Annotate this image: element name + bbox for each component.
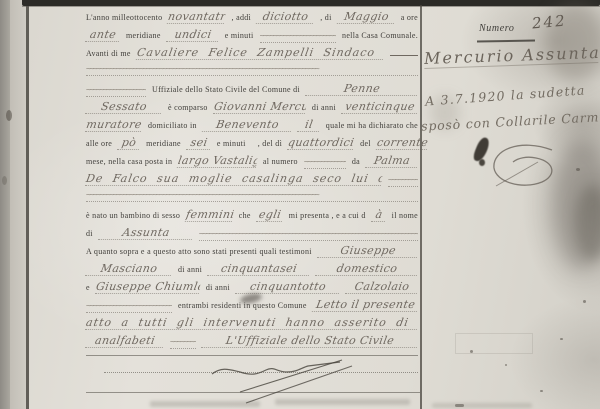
handwritten-entry: Maggio bbox=[336, 10, 396, 24]
printed-form-text: , addì bbox=[232, 13, 252, 22]
handwritten-entry: femminile bbox=[185, 208, 234, 222]
printed-form-text: mi presenta , e a cui d bbox=[289, 211, 366, 220]
act-line: analfabeti~~~~~~~~~~~~~~~~~~~~~~~~~~~~~~… bbox=[86, 334, 418, 352]
printed-form-text: il nome bbox=[392, 211, 418, 220]
numero-underline bbox=[477, 39, 535, 42]
printed-form-text: quale mi ha dichiarato che bbox=[326, 121, 418, 130]
form-rule-line bbox=[86, 355, 418, 356]
book-binding-strip bbox=[0, 0, 10, 409]
printed-form-text: di anni bbox=[178, 265, 202, 274]
handwritten-entry: à bbox=[370, 208, 386, 222]
squiggle-filler: ~~~~~~~~~~~~~~~~~~~~~~~~~~~~~~~~~~~~~~~~… bbox=[86, 190, 418, 202]
handwritten-entry: egli bbox=[256, 208, 284, 222]
bleed-through-text bbox=[432, 403, 532, 408]
speck bbox=[576, 168, 580, 171]
handwritten-entry: sei bbox=[186, 136, 212, 150]
page-edge-line bbox=[26, 2, 29, 409]
printed-form-text: mese, nella casa posta in bbox=[86, 157, 172, 166]
handwritten-entry: Letto il presente bbox=[311, 298, 419, 312]
handwritten-entry: Benevento bbox=[202, 118, 293, 132]
handwritten-entry: L'Uffiziale dello Stato Civile bbox=[201, 334, 419, 348]
margin-column-divider bbox=[420, 5, 422, 409]
printed-form-text: e bbox=[86, 283, 90, 292]
form-rule-line bbox=[86, 392, 420, 393]
squiggle-filler: ~~~~~~~~~~~~~~~~~~~~~~~~~~~~~~~~~~~~~~~~… bbox=[86, 64, 418, 76]
handwritten-entry: Penne bbox=[305, 82, 419, 96]
handwritten-entry: ante bbox=[85, 28, 121, 42]
handwritten-entry: De Falco sua moglie casalinga seco lui c… bbox=[85, 172, 383, 186]
dash-filler bbox=[390, 55, 418, 56]
act-line: ~~~~~~~~~~~~~~~~~~~~~~~~~~~~~~~~~~~~~~~~… bbox=[86, 64, 418, 82]
handwritten-entry: pò bbox=[117, 136, 141, 150]
printed-form-text: che bbox=[239, 211, 251, 220]
printed-form-text: domiciliato in bbox=[148, 121, 197, 130]
handwritten-entry: corrente bbox=[376, 136, 429, 150]
printed-form-text: nella Casa Comunale. bbox=[342, 31, 418, 40]
act-line: antemeridianeundicie minuti~~~~~~~~~~~~~… bbox=[86, 28, 418, 46]
printed-form-text: A quanto sopra e a questo atto sono stat… bbox=[86, 247, 312, 256]
handwritten-entry: Calzolaio bbox=[345, 280, 419, 294]
act-line: è nato un bambino di sessofemminilecheeg… bbox=[86, 208, 418, 226]
speck bbox=[470, 350, 473, 353]
numero-label: Numero bbox=[479, 23, 514, 34]
printed-form-text: meridiane bbox=[146, 139, 181, 148]
form-dotted-line bbox=[104, 372, 418, 373]
signature-stroke bbox=[240, 360, 342, 392]
handwritten-entry: Giuseppe Chiumlo bbox=[95, 280, 201, 294]
handwritten-entry: muratore bbox=[85, 118, 143, 132]
printed-form-text: L'anno milleottocento bbox=[86, 13, 162, 22]
handwritten-entry: analfabeti bbox=[85, 334, 165, 348]
printed-form-text: di anni bbox=[206, 283, 230, 292]
act-line: De Falco sua moglie casalinga seco lui c… bbox=[86, 172, 418, 190]
printed-form-text: e minuti bbox=[217, 139, 246, 148]
act-line: L'anno milleottocentonovantatre, addìdic… bbox=[86, 10, 418, 28]
paper-stain bbox=[545, 2, 600, 82]
margin-flourish bbox=[494, 145, 552, 185]
squiggle-filler: ~~~~~~~~~~~~~~~~~~~~~~~~~~~~~~~~~~~~~~~~… bbox=[170, 337, 196, 349]
printed-form-text: da bbox=[352, 157, 360, 166]
printed-form-text: a ore bbox=[401, 13, 418, 22]
handwritten-entry: Giuseppe bbox=[317, 244, 420, 258]
act-line: A quanto sopra e a questo atto sono stat… bbox=[86, 244, 418, 262]
printed-form-text: e minuti bbox=[225, 31, 254, 40]
ink-blot-droplet bbox=[479, 159, 485, 166]
act-line: ~~~~~~~~~~~~~~~~~~~~~~~~~~~~~~~~~~~~~~~~… bbox=[86, 190, 418, 208]
printed-form-text: , del dì bbox=[258, 139, 282, 148]
handwritten-entry: novantatre bbox=[167, 10, 227, 24]
speck bbox=[505, 364, 507, 366]
act-line: diAssunta~~~~~~~~~~~~~~~~~~~~~~~~~~~~~~~… bbox=[86, 226, 418, 244]
printed-form-text: , di bbox=[320, 13, 331, 22]
handwritten-entry: undici bbox=[165, 28, 219, 42]
squiggle-filler: ~~~~~~~~~~~~~~~~~~~~~~~~~~~~~~~~~~~~~~~~… bbox=[199, 229, 418, 241]
page-edge-margin bbox=[10, 0, 26, 409]
reverse-side-ghost-box bbox=[455, 333, 533, 354]
printed-form-text: meridiane bbox=[126, 31, 161, 40]
act-line: Mascianodi annicinquantaseidomestico bbox=[86, 262, 418, 280]
squiggle-filler: ~~~~~~~~~~~~~~~~~~~~~~~~~~~~~~~~~~~~~~~~… bbox=[260, 31, 336, 43]
act-line: mese, nella casa posta inlargo Vastalign… bbox=[86, 154, 418, 172]
printed-form-text: è nato un bambino di sesso bbox=[86, 211, 180, 220]
squiggle-filler: ~~~~~~~~~~~~~~~~~~~~~~~~~~~~~~~~~~~~~~~~… bbox=[388, 175, 418, 187]
handwritten-entry: atto a tutti gli intervenuti hanno asser… bbox=[85, 316, 419, 330]
act-line: alle orepòmeridianeseie minuti~~~~~~~~~~… bbox=[86, 136, 418, 154]
speck bbox=[560, 338, 563, 340]
printed-form-text: di bbox=[86, 229, 93, 238]
act-line: Sessatoè comparsoGiovanni Mercuriodi ann… bbox=[86, 100, 418, 118]
printed-form-text: al numero bbox=[263, 157, 298, 166]
handwritten-entry: Giovanni Mercurio bbox=[212, 100, 307, 114]
printed-form-text: del bbox=[360, 139, 371, 148]
squiggle-filler: ~~~~~~~~~~~~~~~~~~~~~~~~~~~~~~~~~~~~~~~~… bbox=[86, 301, 172, 313]
handwritten-entry: quattordici bbox=[287, 136, 356, 150]
margin-flourish bbox=[496, 162, 538, 186]
printed-form-text: è comparso bbox=[168, 103, 208, 112]
handwritten-entry: Assunta bbox=[98, 226, 194, 240]
handwritten-entry: largo Vastaligna bbox=[177, 154, 258, 168]
handwritten-entry: Cavaliere Felice Zampelli Sindaco ed bbox=[136, 46, 386, 60]
page-top-border-shadow bbox=[22, 6, 600, 7]
edge-speck bbox=[2, 176, 7, 185]
printed-form-text: di anni bbox=[312, 103, 336, 112]
bleed-through-text bbox=[275, 399, 410, 405]
handwritten-entry: venticinque bbox=[341, 100, 419, 114]
handwritten-entry: Sessato bbox=[85, 100, 163, 114]
handwritten-entry: cinquantasei bbox=[207, 262, 311, 276]
printed-form-text: alle ore bbox=[86, 139, 112, 148]
speck bbox=[583, 300, 586, 303]
speck bbox=[540, 390, 543, 392]
registry-scan-page: L'anno milleottocentonovantatre, addìdic… bbox=[0, 0, 600, 409]
act-line: atto a tutti gli intervenuti hanno asser… bbox=[86, 316, 418, 334]
squiggle-filler: ~~~~~~~~~~~~~~~~~~~~~~~~~~~~~~~~~~~~~~~~… bbox=[86, 85, 146, 97]
handwritten-entry: diciotto bbox=[256, 10, 316, 24]
bleed-through-text bbox=[150, 401, 260, 407]
handwritten-entry: Palma bbox=[365, 154, 419, 168]
printed-form-text: Avanti di me bbox=[86, 49, 131, 58]
paper-stain bbox=[430, 95, 460, 130]
act-line: Avanti di meCavaliere Felice Zampelli Si… bbox=[86, 46, 418, 64]
handwritten-entry: domestico bbox=[315, 262, 419, 276]
squiggle-filler: ~~~~~~~~~~~~~~~~~~~~~~~~~~~~~~~~~~~~~~~~… bbox=[304, 157, 346, 169]
printed-form-text: Uffiziale dello Stato Civile del Comune … bbox=[152, 85, 300, 94]
act-line: muratoredomiciliato inBeneventoilquale m… bbox=[86, 118, 418, 136]
handwritten-entry: il bbox=[297, 118, 321, 132]
handwritten-entry: cinquantotto bbox=[235, 280, 341, 294]
act-line: ~~~~~~~~~~~~~~~~~~~~~~~~~~~~~~~~~~~~~~~~… bbox=[86, 82, 418, 100]
edge-speck bbox=[6, 110, 12, 121]
handwritten-entry: Masciano bbox=[85, 262, 173, 276]
